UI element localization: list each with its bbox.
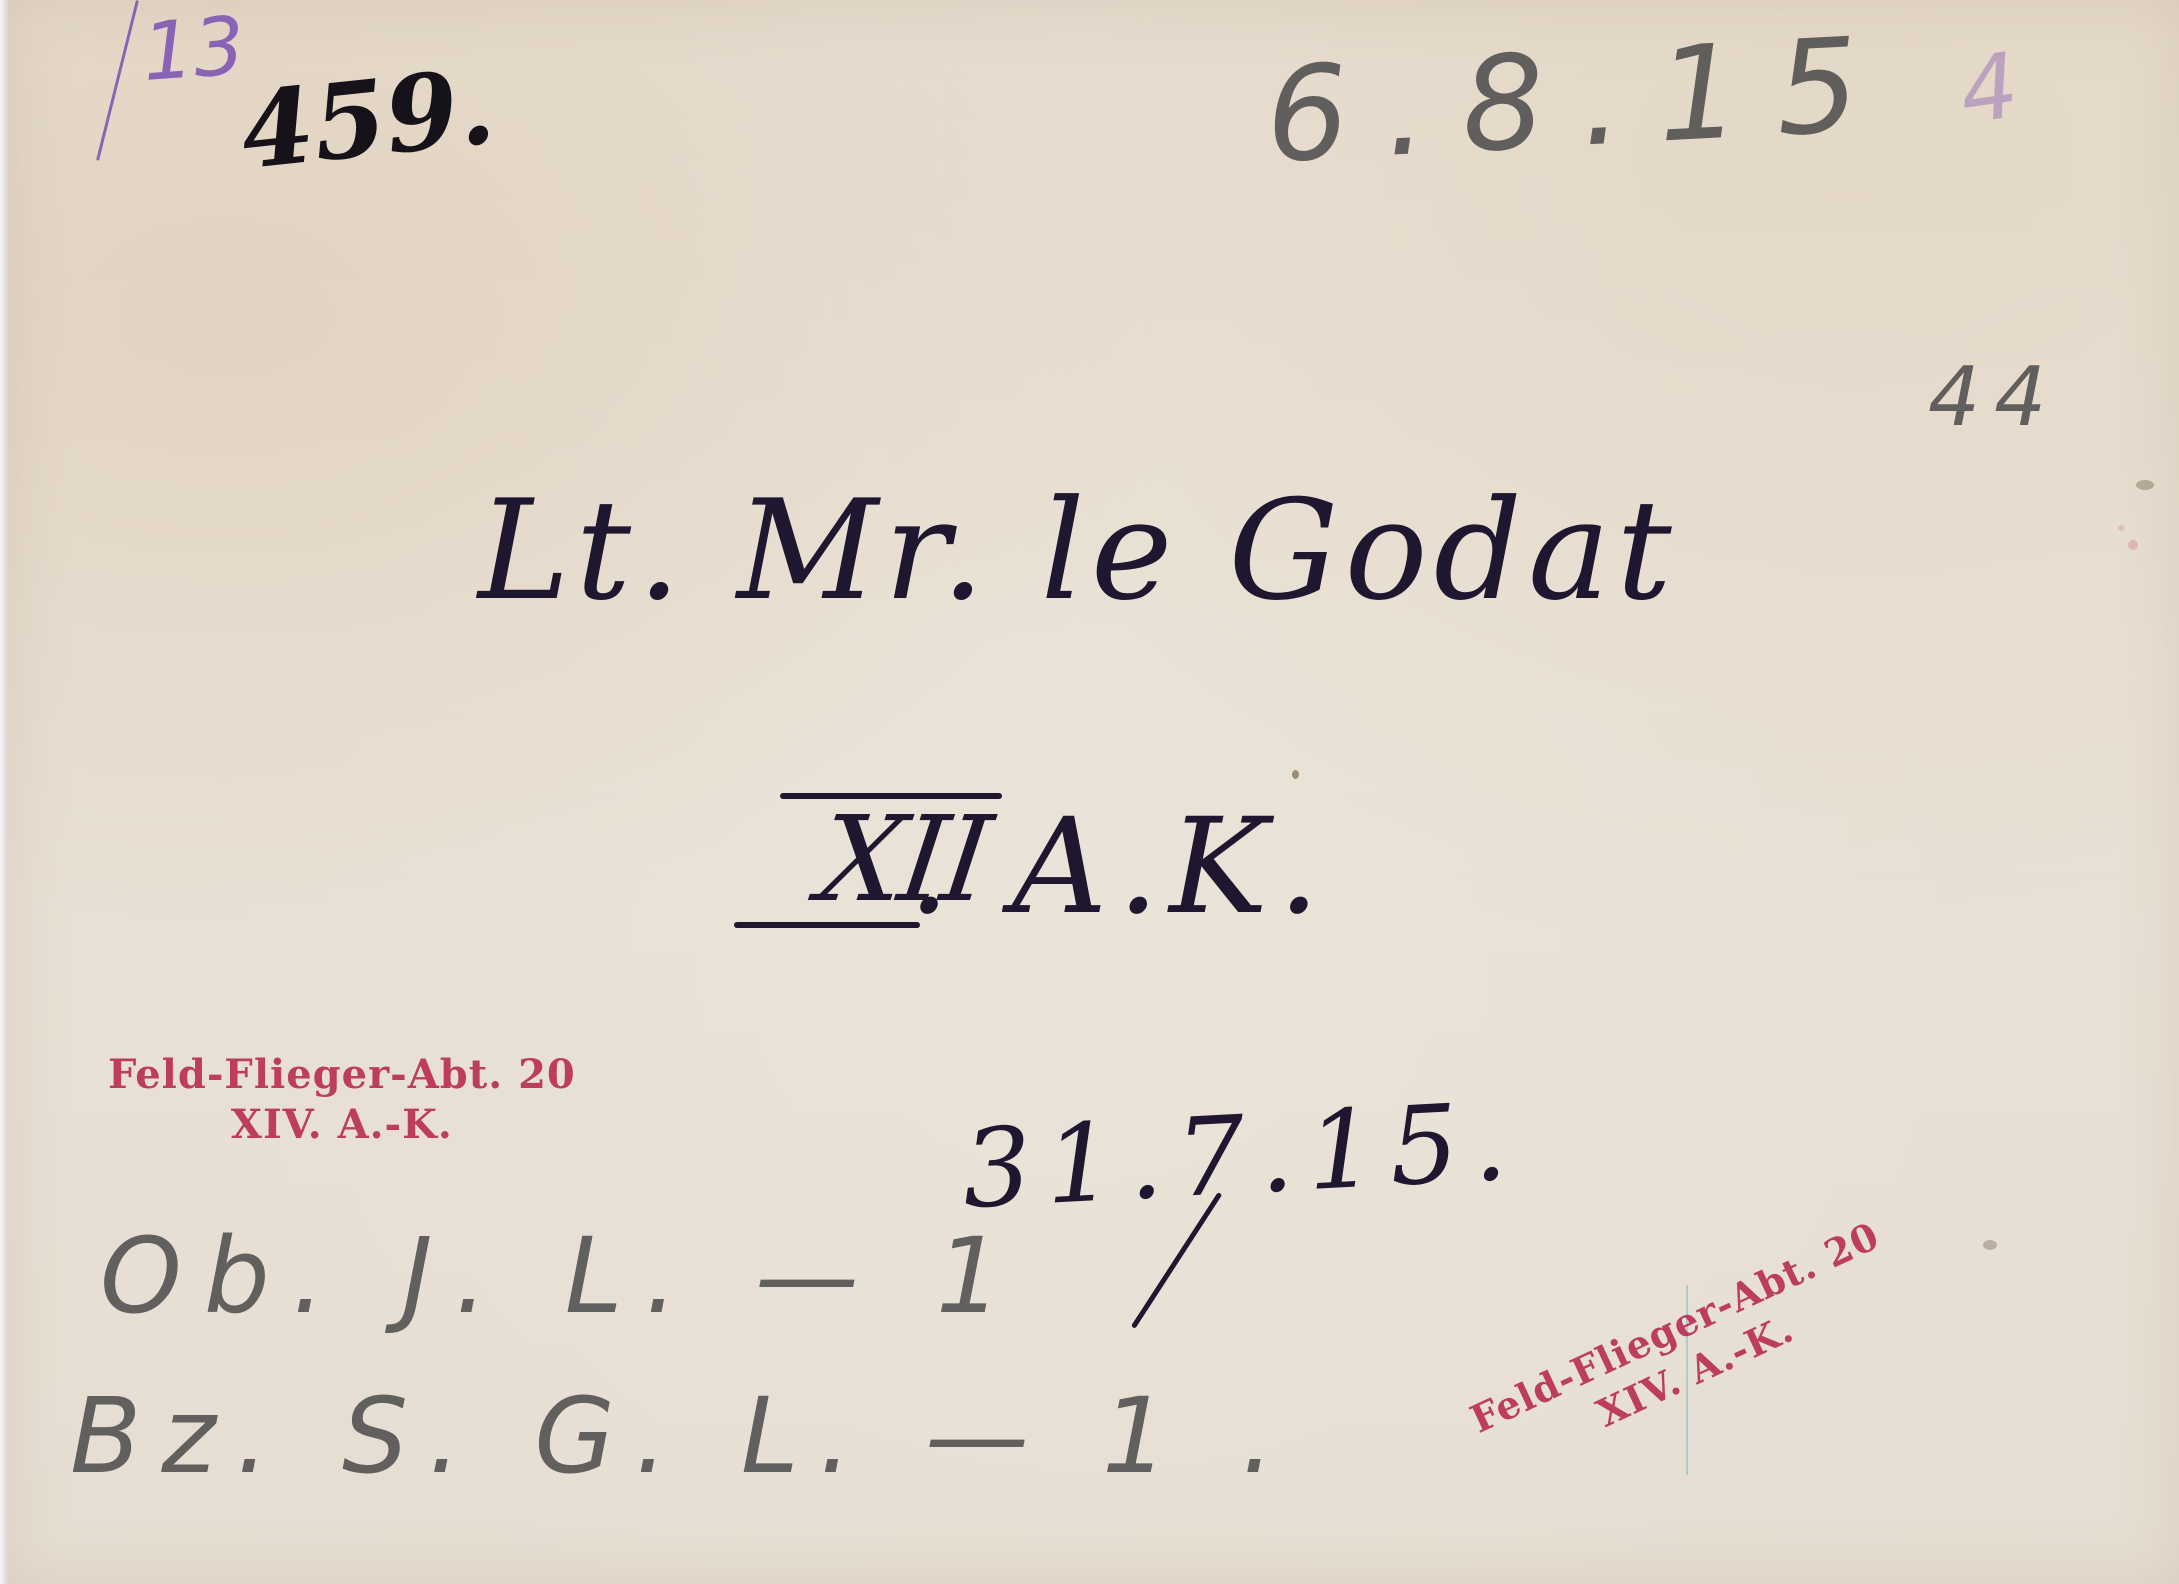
- paper-speck: [1292, 770, 1299, 779]
- pencil-tally-line-1: Ob. J. L. — 1: [100, 1215, 1024, 1337]
- document-card: 13 459. 6.8.15 4 44 Lt. Mr. le Godat XII…: [8, 0, 2179, 1584]
- pencil-tally-line-2: Bz. S. G. L. — 1 .: [70, 1375, 1294, 1497]
- scan-edge: [0, 0, 8, 1584]
- violet-annotation-13: 13: [140, 0, 248, 99]
- pencil-number-44: 44: [1928, 350, 2060, 445]
- violet-pencil-stroke: [96, 0, 139, 161]
- stamp-line-unit: Feld-Flieger-Abt. 20: [108, 1050, 576, 1100]
- catalog-number: 459.: [235, 44, 500, 193]
- pencil-date-top: 6.8.15: [1262, 7, 1899, 192]
- foxing-pink: [2128, 540, 2138, 550]
- roman-numeral-underline: [734, 922, 920, 928]
- foxing-pink: [2118, 525, 2124, 531]
- unit-stamp-rotated: Feld-Flieger-Abt. 20 XIV. A.-K.: [1463, 1212, 1907, 1486]
- paper-speck: [2136, 480, 2154, 490]
- stamp-line-corps: XIV. A.-K.: [108, 1100, 576, 1150]
- paper-speck: [1983, 1240, 1997, 1250]
- recipient-name-line: Lt. Mr. le Godat: [478, 470, 1678, 631]
- corps-designation: . A.K.: [908, 790, 1330, 944]
- date-line: 31.7.15.: [959, 1079, 1523, 1233]
- faint-violet-mark: 4: [1953, 33, 2024, 145]
- unit-stamp-horizontal: Feld-Flieger-Abt. 20 XIV. A.-K.: [108, 1050, 576, 1150]
